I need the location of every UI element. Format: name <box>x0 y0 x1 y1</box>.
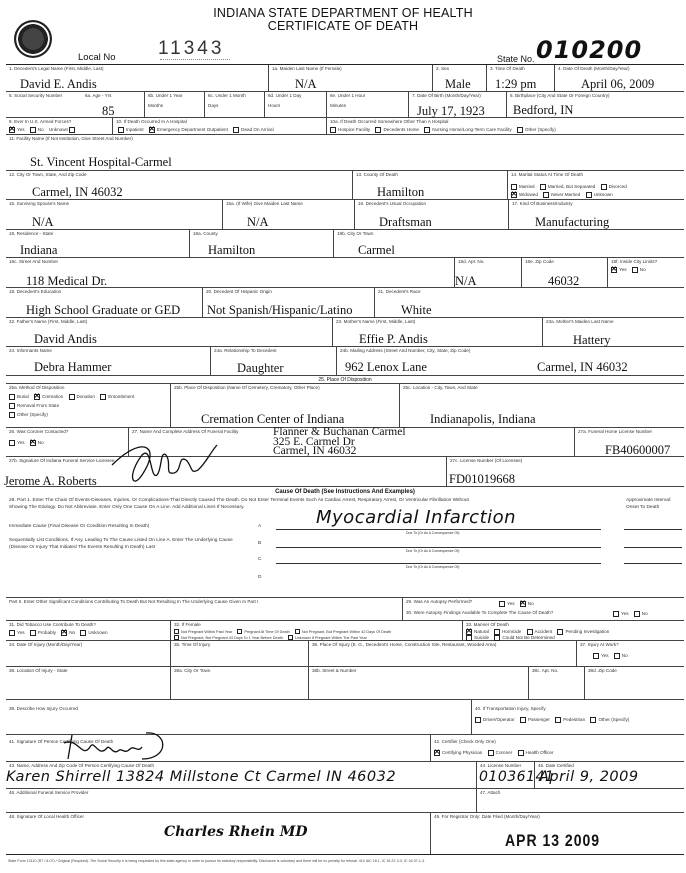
date-of-birth-value: July 17, 1923 <box>417 104 485 119</box>
field-race: 21. Decedent's Race White <box>374 288 684 317</box>
tobacco-no-label: No <box>69 630 75 635</box>
coroner-yes-checkbox[interactable] <box>9 440 15 446</box>
tobacco-unknown-checkbox[interactable] <box>80 630 86 636</box>
field-under-1-month: 6c. Under 1 Month Days <box>204 92 264 117</box>
hospital-death-label: 10. If Death Occurred In A Hospital <box>116 119 187 124</box>
birthplace-value: Bedford, IN <box>513 103 573 118</box>
section-cause-of-death: Cause Of Death (See Instructions And Exa… <box>6 487 684 597</box>
field-relationship: 24a. Relationship To Decedent Daughter <box>210 347 336 375</box>
coroner-checkbox[interactable] <box>488 750 494 756</box>
disposition-location-label: 25c. Location - City, Town, And State <box>403 385 478 390</box>
tobacco-probably-label: Probably <box>38 630 56 635</box>
row-licensee: 27b. Signature Of Indiana Funeral Servic… <box>6 457 684 487</box>
field-injury-at-work: 37. Injury At Work? Yes No <box>576 641 684 666</box>
field-injury-street: 38b. Street & Number <box>308 667 528 699</box>
er-outpatient-checkbox[interactable] <box>149 127 155 133</box>
field-disposition-location: 25c. Location - City, Town, And State In… <box>399 384 684 427</box>
education-value: High School Graduate or GED <box>26 303 180 318</box>
row-tobacco-manner: 31. Did Tobacco Use Contribute To Death?… <box>6 621 684 641</box>
field-maiden-name: 1a. Maiden Last Name (If Female) N/A <box>268 65 432 91</box>
field-ssn: 5. Social Security Number <box>6 92 82 117</box>
manner-pending-label: Pending Investigation <box>565 629 609 634</box>
part2-label: Part II. Enter Other Significant Conditi… <box>9 599 258 604</box>
armed-unknown-checkbox[interactable] <box>69 127 75 133</box>
birthplace-label: 8. Birthplace (City And State Or Foreign… <box>510 93 610 98</box>
certifier-type-label: 42. Certifier (Check Only One) <box>434 739 496 744</box>
hospice-checkbox[interactable] <box>330 127 336 133</box>
date-certified-value: April 9, 2009 <box>539 769 639 785</box>
row-certifier-name: 43. Name, Address And Zip Code Of Person… <box>6 762 684 789</box>
row-facility: 11. Facility Name (If Not Institution, G… <box>6 135 684 171</box>
driver-label: Driver/Operator <box>483 717 515 722</box>
field-other-place-death: 10a. If Death Occurred Somewhere Other T… <box>326 118 684 134</box>
field-autopsy: 29. Was An Autopsy Performed? Yes No 30.… <box>402 598 684 620</box>
field-zip: 18e. Zip Code 46032 <box>521 258 607 287</box>
field-apt: 18d. Apt. No. N/A <box>454 258 521 287</box>
field-registrar-date-filed: 49. For Registrar Only: Date Filed (Mont… <box>430 813 684 854</box>
pregnant-42-days-checkbox[interactable] <box>295 629 300 634</box>
line-a-interval[interactable] <box>624 529 682 530</box>
mailing-street-value: 962 Lenox Lane <box>345 360 427 375</box>
additional-provider-label: 46. Additional Funeral Service Provider <box>9 790 88 795</box>
married-label: Married <box>519 184 535 189</box>
widowed-checkbox[interactable] <box>511 192 517 198</box>
under-1-hour-label: 6e. Under 1 Hour <box>330 93 365 98</box>
row-street: 18c. Street And Number 118 Medical Dr. 1… <box>6 258 684 288</box>
if-female-label: 32. If Female <box>174 622 201 627</box>
field-certifier-license: 44. License Number 01036141 <box>476 762 534 788</box>
field-marital-status: 14. Marital Status At Time Of Death Marr… <box>507 171 684 199</box>
facility-name-value: St. Vincent Hospital-Carmel <box>30 155 172 170</box>
state-no-value: 010200 <box>536 36 642 64</box>
nursing-home-label: Nursing Home/Long-Term Care Facility <box>432 127 511 132</box>
age-years-label: 6a. Age - Yrs <box>85 93 111 98</box>
marital-unknown-checkbox[interactable] <box>586 192 592 198</box>
residence-county-label: 18a. County <box>193 231 218 236</box>
never-married-checkbox[interactable] <box>543 192 549 198</box>
injury-at-work-label: 37. Injury At Work? <box>580 642 619 647</box>
spouse-name-label: 15. Surviving Spouse's Name <box>9 201 69 206</box>
date-of-death-value: April 06, 2009 <box>581 77 654 92</box>
other-transport-checkbox[interactable] <box>590 717 596 723</box>
other-place-checkbox[interactable] <box>517 127 523 133</box>
inside-no-label: No <box>640 267 646 272</box>
findings-yes-checkbox[interactable] <box>613 611 619 617</box>
certifier-license-label: 44. License Number <box>480 763 521 768</box>
coroner-contacted-label: 26. Was Coroner Contacted? <box>9 429 68 434</box>
field-residence-city: 18b. City Or Town Carmel <box>333 230 684 257</box>
line-b-letter: B <box>258 541 261 548</box>
time-of-death-label: 3. Time Of Death <box>490 66 525 71</box>
injury-city-label: 38a. City Or Town <box>174 668 210 673</box>
date-certified-label: 45. Date Certified <box>538 763 574 768</box>
other-transport-label: Other (Specify) <box>598 717 629 722</box>
autopsy-no-label: No <box>528 601 534 606</box>
field-hospital-death: 10. If Death Occurred In A Hospital Inpa… <box>112 118 326 134</box>
residence-city-label: 18b. City Or Town <box>337 231 373 236</box>
age-years-value: 85 <box>102 104 115 119</box>
donation-label: Donation <box>77 394 95 399</box>
doa-label: Dead On Arrival <box>241 127 273 132</box>
form-footer: State Form 10110 (R7 / 6-07) / Original … <box>8 859 684 863</box>
entombment-label: Entombment <box>108 394 134 399</box>
separated-label: Married, But Separated <box>548 184 596 189</box>
row-injury: 34. Date Of Injury (Month/Day/Year) 35. … <box>6 641 684 667</box>
months-label: Months <box>148 103 163 108</box>
field-licensee-signature: 27b. Signature Of Indiana Funeral Servic… <box>6 457 446 486</box>
field-hispanic-origin: 20. Decedent Of Hispanic Origin Not Span… <box>202 288 374 317</box>
death-city-label: 12. City Or Town, State, And Zip Code <box>9 172 87 177</box>
father-name-label: 22. Father's Name (First, Middle, Last) <box>9 319 87 324</box>
injury-place-label: 36. Place Of Injury (E. G., Decedent's H… <box>312 642 496 647</box>
licensee-number-value: FD01019668 <box>449 472 515 487</box>
field-manner-of-death: 33. Manner Of Death Natural Homicide Acc… <box>462 621 684 640</box>
certificate-title: CERTIFICATE OF DEATH <box>0 19 686 33</box>
coroner-yes-label: Yes <box>17 440 25 445</box>
row-informant: 24. Informants Name Debra Hammer 24a. Re… <box>6 347 684 376</box>
maiden-name-value: N/A <box>295 77 317 92</box>
field-certifier-name: 43. Name, Address And Zip Code Of Person… <box>6 762 476 788</box>
under-1-month-label: 6c. Under 1 Month <box>208 93 246 98</box>
certifying-physician-checkbox[interactable] <box>434 750 440 756</box>
marital-unknown-label: Unknown <box>594 192 613 197</box>
row-residence: 18. Residence - State Indiana 18a. Count… <box>6 230 684 258</box>
burial-checkbox[interactable] <box>9 394 15 400</box>
street-label: 18c. Street And Number <box>9 259 58 264</box>
row-spouse-occupation: 15. Surviving Spouse's Name N/A 15a. (If… <box>6 200 684 230</box>
funeral-license-value: FB40600007 <box>605 443 670 458</box>
field-date-certified: 45. Date Certified April 9, 2009 <box>534 762 684 788</box>
passenger-checkbox[interactable] <box>520 717 526 723</box>
field-mother-name: 23. Mother's Name (First, Middle, Last) … <box>332 318 542 346</box>
donation-checkbox[interactable] <box>69 394 75 400</box>
field-birthplace: 8. Birthplace (City And State Or Foreign… <box>506 92 684 117</box>
row-education: 19. Decedent's Education High School Gra… <box>6 288 684 318</box>
row-armed-forces-hospital: 9. Ever In U.S. Armed Forces? Yes No Unk… <box>6 118 684 135</box>
spouse-maiden-label: 15a. (If Wife) Give Maiden Last Name <box>226 201 303 206</box>
field-armed-forces: 9. Ever In U.S. Armed Forces? Yes No Unk… <box>6 118 112 134</box>
armed-no-checkbox[interactable] <box>30 127 36 133</box>
licensee-signature-label: 27b. Signature Of Indiana Funeral Servic… <box>9 458 114 463</box>
relationship-label: 24a. Relationship To Decedent <box>214 348 276 353</box>
tobacco-yes-label: Yes <box>17 630 25 635</box>
hispanic-origin-value: Not Spanish/Hispanic/Latino <box>207 303 352 318</box>
spouse-maiden-value: N/A <box>247 215 269 230</box>
injury-date-label: 34. Date Of Injury (Month/Day/Year) <box>9 642 82 647</box>
findings-yes-label: Yes <box>621 611 629 616</box>
nursing-home-checkbox[interactable] <box>424 127 430 133</box>
mother-maiden-value: Hattery <box>573 333 610 348</box>
field-certifier-type: 42. Certifier (Check Only One) Certifyin… <box>430 735 684 761</box>
pregnant-unknown-label: Unknown If Pregnant Within The Past Year <box>295 636 367 640</box>
disposition-method-label: 25a. Method Of Disposition <box>9 385 64 390</box>
field-funeral-license: 27a. Funeral Home License Number FB40600… <box>574 428 684 456</box>
other-place-option-label: Other (Specify) <box>525 127 556 132</box>
race-value: White <box>401 303 432 318</box>
autopsy-yes-checkbox[interactable] <box>499 601 505 607</box>
registrar-date-filed-label: 49. For Registrar Only: Date Filed (Mont… <box>434 814 540 819</box>
time-of-death-value: 1:29 pm <box>495 77 536 92</box>
field-certifier-signature: 41. Signature Of Person Certifying Cause… <box>6 735 430 761</box>
field-47: 47. Attach <box>476 789 684 812</box>
er-outpatient-label: Emergency Department Outpatient <box>157 127 228 132</box>
days-label: Days <box>208 103 218 108</box>
decedents-home-label: Decedents Home <box>383 127 419 132</box>
field-injury-city: 38a. City Or Town <box>170 667 308 699</box>
work-no-checkbox[interactable] <box>614 653 620 659</box>
separated-checkbox[interactable] <box>540 184 546 190</box>
mailing-address-label: 24b. Mailing Address (Street And Number,… <box>340 348 470 353</box>
certifying-physician-label: Certifying Physician <box>442 750 482 755</box>
field-injury-date: 34. Date Of Injury (Month/Day/Year) <box>6 641 170 666</box>
residence-state-value: Indiana <box>20 243 57 258</box>
local-no-underline <box>160 59 230 60</box>
due-to-b-label: Due To (Or As A Consequence Of): <box>406 548 460 555</box>
residence-county-value: Hamilton <box>208 243 255 258</box>
apt-label: 18d. Apt. No. <box>458 259 485 264</box>
line-b-interval[interactable] <box>624 547 682 548</box>
other-place-label: 10a. If Death Occurred Somewhere Other T… <box>330 119 448 124</box>
coroner-no-checkbox[interactable] <box>30 440 36 446</box>
inside-city-label: 18f. Inside City Limits? <box>611 259 657 264</box>
death-certificate-form: 1. Decedent's Legal Name (First, Middle,… <box>6 64 684 65</box>
injury-time-label: 35. Time Of Injury <box>174 642 210 647</box>
informant-value: Debra Hammer <box>34 360 111 375</box>
zip-label: 18e. Zip Code <box>525 259 554 264</box>
health-officer-signature-label: 48. Signature Of Local Health Officer <box>9 814 84 819</box>
driver-checkbox[interactable] <box>475 717 481 723</box>
field-father-name: 22. Father's Name (First, Middle, Last) … <box>6 318 332 346</box>
field-sex: 2. Sex Male <box>432 65 486 91</box>
other-disposition-label: Other (Specify) <box>17 412 48 417</box>
row-disposition-header: 25. Place Of Disposition <box>6 376 684 384</box>
removal-checkbox[interactable] <box>9 403 15 409</box>
under-1-day-label: 6d. Under 1 Day <box>268 93 301 98</box>
row-health-officer: 48. Signature Of Local Health Officer Ch… <box>6 813 684 855</box>
industry-label: 17. Kind Of Business/Industry <box>512 201 573 206</box>
other-disposition-checkbox[interactable] <box>9 412 15 418</box>
field-additional-provider: 46. Additional Funeral Service Provider <box>6 789 476 812</box>
race-label: 21. Decedent's Race <box>378 289 421 294</box>
pregnant-43-days-label: Not Pregnant, But Pregnant 43 Days To 1 … <box>181 636 283 640</box>
field-occupation: 16. Decedent's Usual Occupation Draftsma… <box>354 200 508 229</box>
ssn-label: 5. Social Security Number <box>9 93 62 98</box>
health-officer-checkbox[interactable] <box>518 750 524 756</box>
field-47-label: 47. Attach <box>480 790 500 795</box>
decedents-home-checkbox[interactable] <box>375 127 381 133</box>
sex-label: 2. Sex <box>436 66 449 71</box>
maiden-name-label: 1a. Maiden Last Name (If Female) <box>272 66 342 71</box>
date-of-death-label: 4. Date Of Death (Month/Day/Year) <box>558 66 630 71</box>
spouse-name-value: N/A <box>32 215 54 230</box>
disposition-place-value: Cremation Center of Indiana <box>201 412 344 427</box>
row-certifier-signature: 41. Signature Of Person Certifying Cause… <box>6 735 684 762</box>
death-county-value: Hamilton <box>377 185 424 200</box>
field-health-officer-signature: 48. Signature Of Local Health Officer Ch… <box>6 813 430 854</box>
line-c-interval[interactable] <box>624 563 682 564</box>
coroner-label: Coroner <box>496 750 513 755</box>
field-residence-state: 18. Residence - State Indiana <box>6 230 189 257</box>
field-age-years: 6a. Age - Yrs 85 <box>82 92 144 117</box>
apt-value: N/A <box>455 274 477 289</box>
inpatient-checkbox[interactable] <box>118 127 124 133</box>
field-street: 18c. Street And Number 118 Medical Dr. <box>6 258 454 287</box>
inside-yes-label: Yes <box>619 267 627 272</box>
injury-apt-label: 38c. Apt. No. <box>532 668 558 673</box>
doa-checkbox[interactable] <box>233 127 239 133</box>
field-injury-zip: 38d. Zip Code <box>584 667 684 699</box>
field-inside-city-limits: 18f. Inside City Limits? Yes No <box>607 258 684 287</box>
certifier-name-value: Karen Shirrell 13824 Millstone Ct Carmel… <box>6 769 396 785</box>
not-pregnant-checkbox[interactable] <box>174 629 179 634</box>
field-under-1-year: 6b. Under 1 Year Months <box>144 92 204 117</box>
transportation-injury-label: 40. If Transportation Injury, Specify <box>475 706 546 711</box>
legal-name-value: David E. Andis <box>20 77 97 92</box>
licensee-signature-scribble <box>102 435 222 495</box>
minutes-label: Minutes <box>330 103 346 108</box>
divorced-label: Divorced <box>609 184 627 189</box>
certifier-name-label: 43. Name, Address And Zip Code Of Person… <box>9 763 154 768</box>
field-disposition-place: 25b. Place Of Disposition (Name Of Cemet… <box>170 384 399 427</box>
field-injury-place: 36. Place Of Injury (E. G., Decedent's H… <box>308 641 576 666</box>
field-legal-name: 1. Decedent's Legal Name (First, Middle,… <box>6 65 268 91</box>
burial-label: Burial <box>17 394 29 399</box>
street-value: 118 Medical Dr. <box>26 274 107 289</box>
state-no-label: State No. <box>497 54 535 64</box>
armed-unknown-label: Unknown <box>49 127 68 132</box>
date-of-birth-label: 7. Date Of Birth (Month/Day/Year) <box>412 93 481 98</box>
tobacco-no-checkbox[interactable] <box>61 630 67 636</box>
field-injury-apt: 38c. Apt. No. <box>528 667 584 699</box>
local-no-value: 11343 <box>158 38 224 60</box>
immediate-cause-value: Myocardial Infarction <box>316 507 516 528</box>
manner-natural-label: Natural <box>474 629 489 634</box>
autopsy-label: 29. Was An Autopsy Performed? <box>406 599 472 604</box>
manner-suicide-label: Suicide <box>474 635 489 640</box>
row-parents: 22. Father's Name (First, Middle, Last) … <box>6 318 684 347</box>
due-to-a-label: Due To (Or As A Consequence Of): <box>406 530 460 537</box>
row-disposition: 25a. Method Of Disposition Burial Cremat… <box>6 384 684 428</box>
father-name-value: David Andis <box>34 332 97 347</box>
field-if-female: 32. If Female Not Pregnant Within Past Y… <box>170 621 462 640</box>
pregnant-unknown-checkbox[interactable] <box>288 635 293 640</box>
inside-yes-checkbox[interactable] <box>611 267 617 273</box>
funeral-facility-city: Carmel, IN 46032 <box>273 446 356 456</box>
pregnant-at-death-label: Pregnant At Time Of Death <box>244 630 289 634</box>
field-time-of-death: 3. Time Of Death 1:29 pm <box>486 65 554 91</box>
tobacco-unknown-label: Unknown <box>88 630 107 635</box>
manner-of-death-label: 33. Manner Of Death <box>466 622 509 627</box>
removal-label: Removal From State <box>17 403 59 408</box>
work-yes-label: Yes <box>601 653 609 658</box>
mother-name-label: 23. Mother's Name (First, Middle, Last) <box>336 319 415 324</box>
disposition-place-label: 25b. Place Of Disposition (Name Of Cemet… <box>174 385 320 390</box>
injury-street-label: 38b. Street & Number <box>312 668 356 673</box>
tobacco-yes-checkbox[interactable] <box>9 630 15 636</box>
work-yes-checkbox[interactable] <box>593 653 599 659</box>
legal-name-label: 1. Decedent's Legal Name (First, Middle,… <box>9 66 104 71</box>
entombment-checkbox[interactable] <box>100 394 106 400</box>
field-licensee-number: 27c. License Number (Of Licensee) FD0101… <box>446 457 684 486</box>
field-date-of-birth: 7. Date Of Birth (Month/Day/Year) July 1… <box>408 92 506 117</box>
tobacco-label: 31. Did Tobacco Use Contribute To Death? <box>9 622 96 627</box>
pregnant-42-days-label: Not Pregnant, But Pregnant Within 42 Day… <box>302 630 392 634</box>
pregnant-at-death-checkbox[interactable] <box>237 629 242 634</box>
hospice-label: Hospice Facility <box>338 127 370 132</box>
cremation-label: Cremation <box>42 394 63 399</box>
findings-no-checkbox[interactable] <box>634 611 640 617</box>
field-death-county: 13. County Of Death Hamilton <box>352 171 507 199</box>
manner-undetermined-label: Could Not Be Determined <box>502 635 554 640</box>
mother-name-value: Effie P. Andis <box>359 332 428 347</box>
due-to-c-label: Due To (Or As A Consequence Of): <box>406 564 460 571</box>
marital-status-label: 14. Marital Status At Time Of Death <box>511 172 583 177</box>
funeral-facility-label: 27. Name And Complete Address Of Funeral… <box>132 429 238 434</box>
autopsy-no-checkbox[interactable] <box>520 601 526 607</box>
health-officer-label: Health Officer <box>526 750 554 755</box>
row-additional-provider: 46. Additional Funeral Service Provider … <box>6 789 684 813</box>
armed-yes-label: Yes <box>17 127 25 132</box>
pedestrian-checkbox[interactable] <box>555 717 561 723</box>
manner-homicide-label: Homicide <box>502 629 521 634</box>
field-disposition-method: 25a. Method Of Disposition Burial Cremat… <box>6 384 170 427</box>
coroner-no-label: No <box>38 440 44 445</box>
line-a-letter: A <box>258 524 261 531</box>
facility-name-label: 11. Facility Name (If Not Institution, G… <box>9 136 133 141</box>
health-officer-signature-value: Charles Rhein MD <box>164 824 307 840</box>
inpatient-label: Inpatient <box>126 127 144 132</box>
field-date-of-death: 4. Date Of Death (Month/Day/Year) April … <box>554 65 684 91</box>
field-spouse-name: 15. Surviving Spouse's Name N/A <box>6 200 222 229</box>
field-mailing-address: 24b. Mailing Address (Street And Number,… <box>336 347 684 375</box>
education-label: 19. Decedent's Education <box>9 289 61 294</box>
field-injury-state: 38. Location Of Injury - State <box>6 667 170 699</box>
pregnant-43-days-checkbox[interactable] <box>174 635 179 640</box>
occupation-label: 16. Decedent's Usual Occupation <box>358 201 426 206</box>
local-no-label: Local No <box>78 52 116 63</box>
work-no-label: No <box>622 653 628 658</box>
relationship-value: Daughter <box>237 361 284 376</box>
field-informant: 24. Informants Name Debra Hammer <box>6 347 210 375</box>
field-education: 19. Decedent's Education High School Gra… <box>6 288 202 317</box>
cremation-checkbox[interactable] <box>34 394 40 400</box>
tobacco-probably-checkbox[interactable] <box>30 630 36 636</box>
not-pregnant-label: Not Pregnant Within Past Year <box>181 630 232 634</box>
divorced-checkbox[interactable] <box>601 184 607 190</box>
cause-of-death-title: Cause Of Death (See Instructions And Exa… <box>6 489 684 495</box>
armed-yes-checkbox[interactable] <box>9 127 15 133</box>
occupation-value: Draftsman <box>379 215 432 230</box>
hispanic-origin-label: 20. Decedent Of Hispanic Origin <box>206 289 272 294</box>
row-death-location: 12. City Or Town, State, And Zip Code Ca… <box>6 171 684 200</box>
armed-forces-label: 9. Ever In U.S. Armed Forces? <box>9 119 71 124</box>
field-mother-maiden: 23a. Mother's Maiden Last Name Hattery <box>542 318 684 346</box>
describe-injury-label: 39. Describe How Injury Occurred <box>9 706 78 711</box>
disposition-section-label: 25. Place Of Disposition <box>6 377 684 383</box>
passenger-label: Passenger <box>528 717 550 722</box>
widowed-label: Widowed <box>519 192 538 197</box>
row-injury-location: 38. Location Of Injury - State 38a. City… <box>6 667 684 700</box>
licensee-number-label: 27c. License Number (Of Licensee) <box>450 458 522 463</box>
field-facility-name: 11. Facility Name (If Not Institution, G… <box>6 135 684 170</box>
interval-label: Approximate Interval: Onset To Death <box>626 498 681 511</box>
findings-label: 30. Were Autopsy Findings Available To C… <box>406 610 553 615</box>
inside-no-checkbox[interactable] <box>632 267 638 273</box>
pedestrian-label: Pedestrian <box>563 717 585 722</box>
findings-no-label: No <box>642 611 648 616</box>
field-spouse-maiden: 15a. (If Wife) Give Maiden Last Name N/A <box>222 200 354 229</box>
never-married-label: Never Married <box>551 192 580 197</box>
